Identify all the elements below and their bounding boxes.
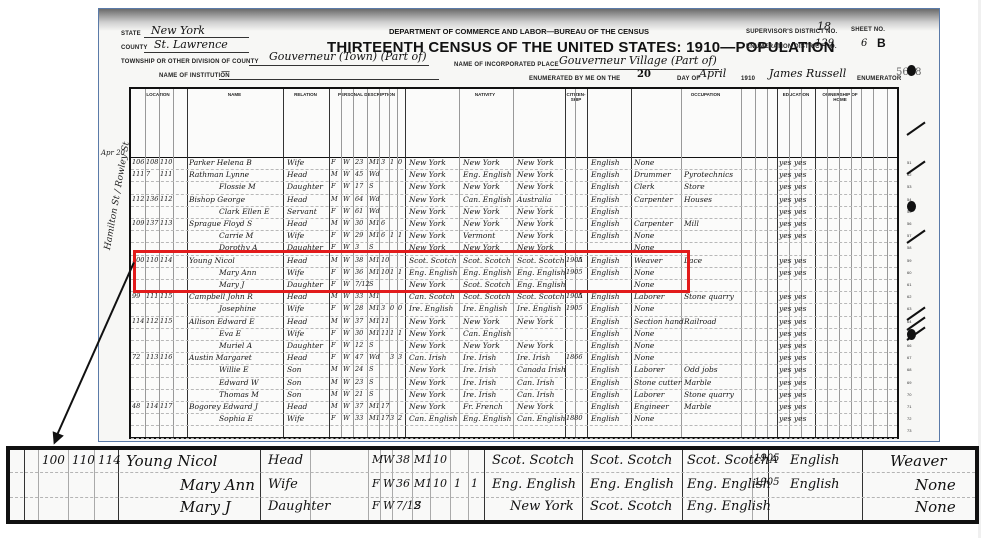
sheet-value: 6 (861, 38, 867, 49)
cell-trade: Carpenter (634, 220, 673, 228)
cell-age: 29 (355, 232, 363, 239)
column-divider (38, 450, 39, 520)
cell-name: Josephine (219, 305, 256, 313)
cell-relation: Servant (287, 208, 317, 216)
cell-trade: Carpenter (634, 196, 673, 204)
cell-industry: Stone quarry (684, 391, 734, 399)
cell-father-birth: Fr. French (463, 403, 503, 411)
col-group-citizenship: Citizen-ship (565, 92, 587, 102)
cell-birthplace: New York (409, 171, 446, 179)
cell-citizenship: A (578, 293, 583, 300)
cell-age: 23 (355, 159, 363, 166)
cell-language: English (591, 208, 620, 216)
enumerated-label: Enumerated by me on the (529, 76, 620, 82)
cell-birthplace: Can. Irish (409, 354, 446, 362)
cell-language: English (591, 366, 620, 374)
column-divider (368, 450, 369, 520)
cell-education: yes yes (779, 183, 806, 191)
column-divider (484, 450, 485, 520)
cell-father-birth: New York (463, 159, 500, 167)
cell-mother-birth: Canada Irish (517, 366, 566, 374)
cell-mother-birth: New York (517, 342, 554, 350)
cell-sex: M (331, 379, 338, 386)
cell-language: English (591, 354, 620, 362)
cell-industry: Marble (684, 403, 711, 411)
cell-children-born: 1 (390, 330, 394, 337)
cell-birthplace: New York (409, 196, 446, 204)
zoom-cell-sex: F (372, 500, 380, 511)
zoom-cell-house: 114 (98, 454, 121, 466)
cell-mother-birth: Can. Irish (517, 391, 554, 399)
line-number: 73 (907, 428, 911, 433)
cell-race: W (343, 305, 350, 312)
cell-relation: Wife (287, 159, 304, 167)
cell-age: 28 (355, 305, 363, 312)
cell-name: Sprague Floyd S (189, 220, 252, 228)
cell-mother-birth: New York (517, 183, 554, 191)
cell-children-born: 3 (390, 415, 394, 422)
cell-trade: None (634, 232, 654, 240)
zoom-cell-trade: Weaver (890, 454, 947, 469)
cell-sex: M (331, 171, 338, 178)
cell-marital: M1 (369, 220, 380, 227)
line-number: 53 (907, 184, 911, 189)
column-divider (68, 450, 69, 520)
zoom-cell-relation: Head (268, 454, 303, 467)
column-divider (682, 450, 683, 520)
col-group-education: Education (777, 92, 815, 97)
department-heading: DEPARTMENT OF COMMERCE AND LABOR—BUREAU … (389, 27, 649, 36)
cell-relation: Wife (287, 305, 304, 313)
cell-family: 136 (146, 196, 158, 203)
cell-family: 7 (146, 171, 150, 178)
cell-industry: Stone quarry (684, 293, 734, 301)
cell-age: 61 (355, 208, 363, 215)
cell-education: yes yes (779, 342, 806, 350)
cell-years-married: 17 (381, 403, 389, 410)
cell-marital: M1 (369, 305, 380, 312)
cell-relation: Head (287, 220, 307, 228)
cell-family: 108 (146, 159, 158, 166)
cell-name: Edward W (219, 379, 259, 387)
cell-marital: M1 (369, 330, 380, 337)
cell-relation: Son (287, 379, 301, 387)
cell-sex: F (331, 342, 336, 349)
cell-mother-birth: Can. Irish (517, 379, 554, 387)
cell-language: English (591, 293, 620, 301)
col-group-location: Location (131, 92, 185, 97)
zoom-cell-years-married: 10 (433, 454, 447, 465)
cell-age: 30 (355, 220, 363, 227)
cell-mother-birth: New York (517, 220, 554, 228)
column-divider (24, 450, 25, 520)
zoom-cell-name: Young Nicol (126, 454, 217, 469)
cell-house: 115 (160, 293, 172, 300)
cell-father-birth: New York (463, 220, 500, 228)
cell-race: W (343, 171, 350, 178)
cell-father-birth: Eng. English (463, 415, 511, 423)
cell-name: Clark Ellen E (219, 208, 270, 216)
cell-name: Campbell John R (189, 293, 253, 301)
cell-name: Sophia E (219, 415, 253, 423)
line-number: 68 (907, 367, 911, 372)
state-value: New York (151, 24, 205, 37)
cell-birthplace: New York (409, 366, 446, 374)
cell-name: Carrie M (219, 232, 253, 240)
cell-age: 21 (355, 391, 363, 398)
cell-trade: Clerk (634, 183, 655, 191)
zoomed-excerpt: 100110114Young NicolHeadMW38M110Scot. Sc… (6, 446, 979, 524)
cell-age: 33 (355, 293, 363, 300)
line-number: 63 (907, 306, 911, 311)
cell-mother-birth: New York (517, 171, 554, 179)
cell-race: W (343, 293, 350, 300)
cell-trade: Laborer (634, 293, 664, 301)
cell-family: 112 (146, 318, 158, 325)
cell-birthplace: New York (409, 379, 446, 387)
cell-mother-birth: New York (517, 403, 554, 411)
cell-language: English (591, 196, 620, 204)
cell-language: English (591, 183, 620, 191)
cell-industry: Pyrotechnics (684, 171, 733, 179)
cell-trade: None (634, 415, 654, 423)
zoom-cell-dwelling: 100 (42, 454, 65, 466)
census-sheet-image: State New York County St. Lawrence Towns… (98, 8, 940, 442)
zoom-cell-father-birth: Eng. English (590, 478, 674, 491)
line-number: 58 (907, 245, 911, 250)
year-label: 1910 (741, 76, 755, 82)
cell-relation: Head (287, 196, 307, 204)
cell-family: 113 (146, 354, 158, 361)
enumerator-label: Enumerator (857, 76, 901, 82)
zoom-cell-father-birth: Scot. Scotch (590, 500, 672, 513)
cell-name: Willie E (219, 366, 248, 374)
cell-birthplace: New York (409, 330, 446, 338)
cell-father-birth: Scot. Scotch (463, 293, 511, 301)
cell-race: W (343, 232, 350, 239)
zoom-cell-citizenship: A (770, 454, 778, 465)
cell-years-married: 11 (381, 330, 389, 337)
cell-race: W (343, 318, 350, 325)
cell-sex: M (331, 196, 338, 203)
cell-age: 45 (355, 171, 363, 178)
cell-language: English (591, 342, 620, 350)
zoom-cell-father-birth: Scot. Scotch (590, 454, 672, 467)
cell-education: yes yes (779, 159, 806, 167)
cell-sex: F (331, 232, 336, 239)
cell-sex: F (331, 415, 336, 422)
institution-value: — (221, 67, 230, 77)
cell-birthplace: New York (409, 183, 446, 191)
cell-age: 17 (355, 183, 363, 190)
zoom-cell-marital: M1 (414, 454, 432, 465)
zoom-cell-language: English (790, 454, 840, 467)
cell-industry: Mill (684, 220, 699, 228)
cell-marital: M1 (369, 403, 380, 410)
zoom-cell-trade: None (915, 500, 956, 515)
cell-father-birth: Ire. Irish (463, 354, 496, 362)
cell-trade: None (634, 354, 654, 362)
column-divider (861, 89, 862, 437)
county-value: St. Lawrence (154, 38, 228, 51)
cell-house: 115 (160, 318, 172, 325)
cell-marital: M1 (369, 318, 380, 325)
cell-birthplace: Can. Scotch (409, 293, 455, 301)
cell-birthplace: New York (409, 232, 446, 240)
cell-sex: M (331, 220, 338, 227)
cell-father-birth: Eng. English (463, 171, 511, 179)
cell-trade: Engineer (634, 403, 669, 411)
line-number: 61 (907, 282, 911, 287)
cell-sex: F (331, 183, 336, 190)
cell-language: English (591, 171, 620, 179)
cell-birthplace: Ire. English (409, 305, 453, 313)
column-divider (827, 89, 828, 437)
margin-street-note: Hamilton St / Rowley St (103, 141, 132, 251)
cell-language: English (591, 305, 620, 313)
cell-marital: S (369, 379, 373, 386)
zoom-cell-sex: M (372, 454, 383, 465)
cell-birthplace: New York (409, 391, 446, 399)
column-divider (862, 450, 863, 520)
cell-mother-birth: Ire. Irish (517, 354, 550, 362)
cell-immigration: 1880 (566, 415, 583, 422)
cell-mother-birth: Australia (517, 196, 551, 204)
cell-race: W (343, 403, 350, 410)
cell-house: 113 (160, 220, 172, 227)
cell-birthplace: Can. English (409, 415, 457, 423)
cell-mother-birth: New York (517, 159, 554, 167)
cell-language: English (591, 415, 620, 423)
cell-trade: Drummer (634, 171, 671, 179)
cell-trade: Stone cutter (634, 379, 681, 387)
cell-dwelling: 106 (132, 159, 144, 166)
row-divider (10, 472, 975, 473)
cell-education: yes yes (779, 257, 806, 265)
cell-father-birth: Ire. Irish (463, 379, 496, 387)
binder-hole (907, 201, 916, 212)
incorporated-place-label: Name of incorporated place (454, 62, 559, 68)
cell-language: English (591, 318, 620, 326)
column-divider (777, 89, 778, 437)
zoom-cell-immigration: 1905 (754, 478, 779, 488)
cell-marital: S (369, 366, 373, 373)
cell-years-married: 11 (381, 318, 389, 325)
cell-family: 137 (146, 220, 158, 227)
cell-marital: M1 (369, 159, 380, 166)
cell-years-married: 3 (381, 159, 385, 166)
cell-sex: M (331, 391, 338, 398)
cell-father-birth: Can. English (463, 330, 511, 338)
cell-marital: S (369, 391, 373, 398)
cell-mother-birth: New York (517, 208, 554, 216)
cell-race: W (343, 391, 350, 398)
cell-age: 47 (355, 354, 363, 361)
sheet-side: B (877, 36, 886, 50)
cell-age: 30 (355, 330, 363, 337)
cell-family: 111 (146, 293, 158, 300)
cell-name: Bogorey Edward J (189, 403, 258, 411)
enumeration-district-value: 129 (815, 38, 834, 49)
zoom-cell-birthplace: Eng. English (492, 478, 576, 491)
cell-birthplace: New York (409, 220, 446, 228)
row-divider (10, 497, 975, 498)
cell-age: 33 (355, 415, 363, 422)
zoom-cell-children-born: 1 (454, 478, 461, 489)
cell-language: English (591, 330, 620, 338)
column-divider (260, 450, 261, 520)
cell-father-birth: New York (463, 208, 500, 216)
cell-sex: F (331, 354, 336, 361)
township-label: Township or other division of county (121, 59, 259, 65)
cell-education: yes yes (779, 379, 806, 387)
line-number: 56 (907, 221, 911, 226)
cell-years-married: 17 (381, 415, 389, 422)
cell-family: 114 (146, 403, 158, 410)
cell-years-married: 6 (381, 232, 385, 239)
cell-trade: Section hand (634, 318, 684, 326)
cell-immigration: 1905 (566, 305, 583, 312)
day-of-label: day of (677, 76, 700, 82)
column-divider (839, 89, 840, 437)
cell-name: Austin Margaret (189, 354, 252, 362)
binder-hole (907, 65, 916, 76)
cell-sex: M (331, 318, 338, 325)
cell-birthplace: New York (409, 208, 446, 216)
column-divider (887, 89, 888, 437)
cell-marital: M1 (369, 415, 380, 422)
cell-children-living: 0 (398, 305, 402, 312)
column-divider (582, 450, 583, 520)
cell-dwelling: 114 (132, 318, 144, 325)
cell-sex: F (331, 208, 336, 215)
cell-name: Flossie M (219, 183, 256, 191)
cell-dwelling: 48 (132, 403, 140, 410)
cell-father-birth: Ire. English (463, 305, 507, 313)
cell-education: yes yes (779, 220, 806, 228)
col-group-nativity: Nativity (405, 92, 565, 97)
cell-dwelling: 109 (132, 220, 144, 227)
col-group-relation: Relation (283, 92, 328, 97)
enumerated-month: April (699, 67, 726, 80)
cell-language: English (591, 391, 620, 399)
cell-trade: None (634, 342, 654, 350)
column-divider (450, 450, 451, 520)
line-number: 66 (907, 343, 911, 348)
cell-education: yes yes (779, 208, 806, 216)
cell-sex: M (331, 293, 338, 300)
cell-birthplace: New York (409, 403, 446, 411)
cell-father-birth: Vermont (463, 232, 495, 240)
cell-race: W (343, 220, 350, 227)
cell-marital: Wd (369, 196, 380, 203)
col-group-name: Name (187, 92, 282, 97)
cell-children-born: 1 (390, 232, 394, 239)
line-number: 71 (907, 404, 911, 409)
zoom-cell-marital: S (414, 500, 422, 511)
cell-name: Rathman Lynne (189, 171, 249, 179)
cell-industry: Houses (684, 196, 712, 204)
cell-children-born: 3 (390, 354, 394, 361)
row-divider (131, 438, 897, 439)
cell-house: 111 (160, 171, 172, 178)
cell-house: 117 (160, 403, 172, 410)
cell-sex: M (331, 403, 338, 410)
zoom-cell-marital: M1 (414, 478, 432, 489)
cell-marital: M1 (369, 232, 380, 239)
cell-education: yes yes (779, 171, 806, 179)
cell-birthplace: New York (409, 159, 446, 167)
cell-mother-birth: New York (517, 318, 554, 326)
cell-sex: F (331, 330, 336, 337)
cell-children-living: 1 (398, 232, 402, 239)
line-number: 59 (907, 258, 911, 263)
cell-sex: M (331, 366, 338, 373)
cell-father-birth: New York (463, 318, 500, 326)
cell-children-living: 1 (398, 330, 402, 337)
cell-house: 112 (160, 196, 172, 203)
cell-relation: Head (287, 293, 307, 301)
cell-children-living: 2 (398, 415, 402, 422)
zoom-cell-birthplace: Scot. Scotch (492, 454, 574, 467)
cell-father-birth: New York (463, 342, 500, 350)
cell-mother-birth: Scot. Scotch (517, 293, 565, 301)
column-divider (755, 89, 756, 437)
zoom-cell-trade: None (915, 478, 956, 493)
cell-language: English (591, 159, 620, 167)
cell-mother-birth: Ire. English (517, 305, 561, 313)
cell-education: yes yes (779, 269, 806, 277)
cell-race: W (343, 330, 350, 337)
enumerated-day: 20 (637, 69, 651, 80)
cell-education: yes yes (779, 391, 806, 399)
cell-name: Parker Helena B (189, 159, 252, 167)
cell-age: 23 (355, 379, 363, 386)
column-divider (741, 89, 742, 437)
cell-trade: None (634, 330, 654, 338)
cell-education: yes yes (779, 403, 806, 411)
cell-industry: Railroad (684, 318, 716, 326)
cell-marital: Wd (369, 354, 380, 361)
cell-trade: None (634, 305, 654, 313)
zoom-cell-family: 110 (72, 454, 95, 466)
column-divider (468, 450, 469, 520)
cell-name: Thomas M (219, 391, 259, 399)
cell-dwelling: 111 (132, 171, 144, 178)
cell-trade: Laborer (634, 391, 664, 399)
cell-race: W (343, 379, 350, 386)
cell-relation: Head (287, 403, 307, 411)
cell-relation: Daughter (287, 183, 323, 191)
zoom-cell-age: 38 (396, 454, 410, 465)
cell-education: yes yes (779, 415, 806, 423)
zoom-cell-race: W (383, 500, 394, 511)
cell-years-married: 6 (381, 220, 385, 227)
cell-father-birth: Ire. Irish (463, 391, 496, 399)
cell-house: 110 (160, 159, 172, 166)
cell-birthplace: New York (409, 318, 446, 326)
cell-name: Bishop George (189, 196, 245, 204)
cell-age: 64 (355, 196, 363, 203)
cell-relation: Head (287, 354, 307, 362)
cell-industry: Odd jobs (684, 366, 718, 374)
cell-relation: Head (287, 318, 307, 326)
cell-name: Muriel A (219, 342, 252, 350)
cell-name: Eva E (219, 330, 241, 338)
cell-father-birth: Can. English (463, 196, 511, 204)
cell-industry: Store (684, 183, 705, 191)
cell-dwelling: 72 (132, 354, 140, 361)
